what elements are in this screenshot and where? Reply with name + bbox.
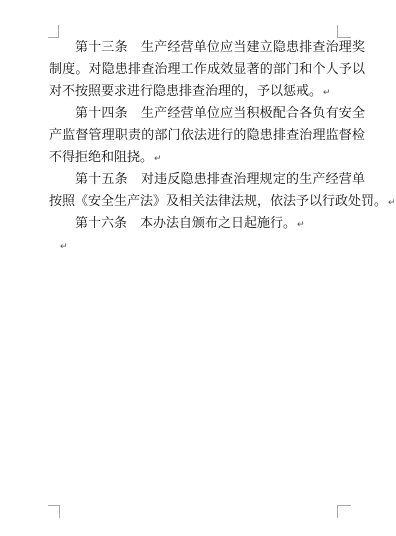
line-text: 第十三条 生产经营单位应当建立隐患排查治理奖惩: [49, 39, 365, 58]
page-background: 第十三条 生产经营单位应当建立隐患排查治理奖惩制度。对隐患排查治理工作成效显著的…: [0, 0, 396, 536]
line-text: 对不按照要求进行隐患排查治理的，予以惩戒。: [49, 83, 322, 98]
line-text: 第十六条 本办法自颁布之日起施行。: [75, 215, 296, 230]
crop-mark-bottom-right: [337, 505, 351, 518]
paragraph: 第十六条 本办法自颁布之日起施行。↵: [49, 212, 365, 234]
paragraph-mark-icon: ↵: [323, 87, 331, 97]
text-line: 第十六条 本办法自颁布之日起施行。↵: [49, 212, 365, 234]
paragraph: ↵: [49, 234, 365, 256]
line-text: 不得拒绝和阻挠。: [49, 149, 153, 164]
line-text: 制度。对隐患排查治理工作成效显著的部门和个人予以奖励，: [49, 61, 365, 80]
paragraph: 第十四条 生产经营单位应当积极配合各负有安全生产监督管理职责的部门依法进行的隐患…: [49, 102, 365, 168]
text-line: 不得拒绝和阻挠。↵: [49, 146, 365, 168]
paragraph-mark-icon: ↵: [60, 241, 68, 251]
paragraph-mark-icon: ↵: [297, 219, 305, 229]
text-line: 产监督管理职责的部门依法进行的隐患排查治理监督检查，: [49, 124, 365, 146]
line-text: 第十五条 对违反隐患排查治理规定的生产经营单位，: [49, 171, 365, 190]
crop-mark-bottom-left: [48, 505, 60, 518]
paragraph: 第十五条 对违反隐患排查治理规定的生产经营单位，按照《安全生产法》及相关法律法规…: [49, 168, 365, 212]
text-line: 第十三条 生产经营单位应当建立隐患排查治理奖惩: [49, 36, 365, 58]
text-line: 按照《安全生产法》及相关法律法规，依法予以行政处罚。↵: [49, 190, 365, 212]
text-line: 第十五条 对违反隐患排查治理规定的生产经营单位，: [49, 168, 365, 190]
line-text: 产监督管理职责的部门依法进行的隐患排查治理监督检查，: [49, 127, 365, 146]
document-text-block: 第十三条 生产经营单位应当建立隐患排查治理奖惩制度。对隐患排查治理工作成效显著的…: [49, 36, 365, 256]
text-line: 对不按照要求进行隐患排查治理的，予以惩戒。↵: [49, 80, 365, 102]
line-text: 按照《安全生产法》及相关法律法规，依法予以行政处罚。: [49, 193, 387, 208]
paragraph-mark-icon: ↵: [154, 153, 162, 163]
text-line: ↵: [49, 234, 365, 256]
text-line: 第十四条 生产经营单位应当积极配合各负有安全生: [49, 102, 365, 124]
line-text: 第十四条 生产经营单位应当积极配合各负有安全生: [49, 105, 365, 124]
document-page: { "page": { "background": "#ffffff", "cr…: [0, 0, 396, 536]
paragraph-mark-icon: ↵: [388, 197, 396, 207]
text-line: 制度。对隐患排查治理工作成效显著的部门和个人予以奖励，: [49, 58, 365, 80]
paragraph: 第十三条 生产经营单位应当建立隐患排查治理奖惩制度。对隐患排查治理工作成效显著的…: [49, 36, 365, 102]
